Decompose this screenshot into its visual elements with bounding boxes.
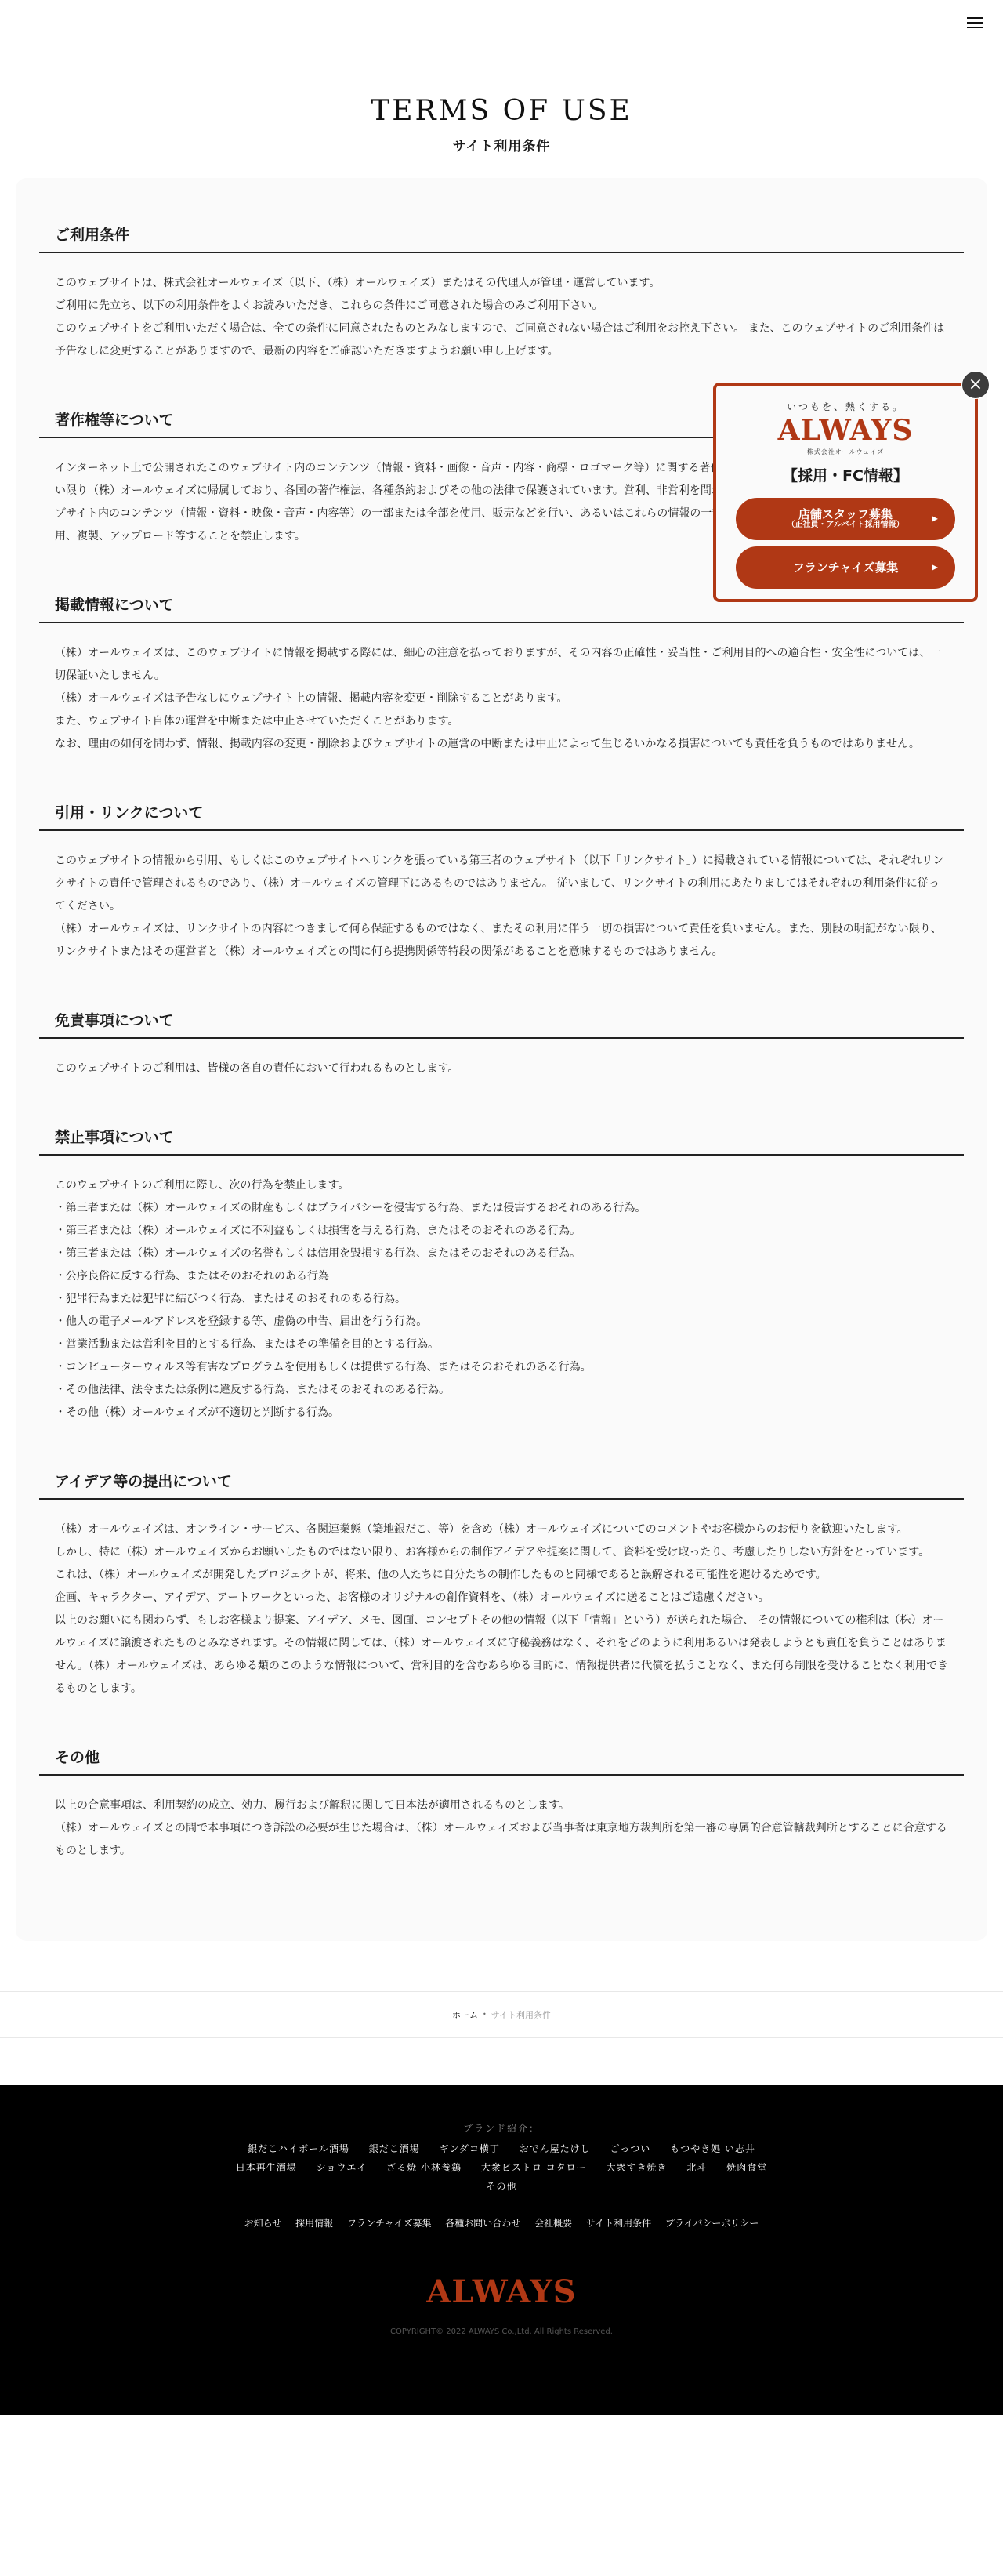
brand-link[interactable]: 焼肉食堂 — [726, 2158, 767, 2177]
franchise-recruit-button[interactable]: フランチャイズ募集 ▶ — [736, 546, 955, 589]
brand-link[interactable]: ギンダコ横丁 — [440, 2139, 500, 2158]
section-title: その他 — [39, 1724, 964, 1776]
section-title: 禁止事項について — [39, 1104, 964, 1156]
recruit-popup: × いつもを、熱くする。 ALWAYS 株式会社オールウェイズ 【採用・FC情報… — [713, 383, 978, 602]
section-idea-submission: アイデア等の提出について （株）オールウェイズは、オンライン・サービス、各関連業… — [39, 1448, 964, 1700]
hamburger-line — [967, 22, 983, 24]
section-body: （株）オールウェイズは、このウェブサイトに情報を掲載する際には、細心の注意を払っ… — [55, 642, 948, 756]
hamburger-line — [967, 17, 983, 19]
brand-link[interactable]: 日本再生酒場 — [236, 2158, 297, 2177]
footer-link-company[interactable]: 会社概要 — [534, 2218, 572, 2229]
section-body: （株）オールウェイズは、オンライン・サービス、各関連業態（築地銀だこ、等）を含め… — [55, 1518, 948, 1700]
footer-link-terms[interactable]: サイト利用条件 — [586, 2218, 651, 2229]
popup-tagline: いつもを、熱くする。 — [716, 400, 975, 413]
section-terms-of-use: ご利用条件 このウェブサイトは、株式会社オールウェイズ（以下、（株）オールウェイ… — [39, 201, 964, 363]
footer-link-news[interactable]: お知らせ — [244, 2218, 282, 2229]
section-prohibited: 禁止事項について このウェブサイトのご利用に際し、次の行為を禁止します。 ・第三… — [39, 1104, 964, 1424]
section-body: 以上の合意事項は、利用契約の成立、効力、履行および解釈に関して日本法が適用される… — [55, 1794, 948, 1863]
breadcrumb-current: サイト利用条件 — [491, 2008, 551, 2021]
brand-link[interactable]: 銀だこハイボール酒場 — [248, 2139, 349, 2158]
section-title: 免責事項について — [39, 987, 964, 1039]
section-body: このウェブサイトの情報から引用、もしくはこのウェブサイトへリンクを張っている第三… — [55, 850, 948, 963]
brand-link[interactable]: その他 — [486, 2177, 516, 2196]
popup-company-name: 株式会社オールウェイズ — [716, 448, 975, 456]
brand-link[interactable]: 大衆すき焼き — [607, 2158, 668, 2177]
brand-link[interactable]: ざる焼 小林養鶏 — [386, 2158, 462, 2177]
footer-nav: お知らせ 採用情報 フランチャイズ募集 各種お問い合わせ 会社概要 サイト利用条… — [0, 2216, 1003, 2230]
button-label: 店舗スタッフ募集 — [798, 508, 893, 521]
always-logo: ALWAYS — [716, 416, 975, 444]
button-sublabel: （正社員・アルバイト採用情報） — [788, 521, 904, 530]
hamburger-menu-icon[interactable] — [967, 17, 983, 30]
section-title: 引用・リンクについて — [39, 779, 964, 831]
section-body: このウェブサイトのご利用は、皆様の各自の責任において行われるものとします。 — [55, 1058, 948, 1080]
breadcrumb: ホーム • サイト利用条件 — [0, 1991, 1003, 2038]
page-title: TERMS OF USE — [0, 96, 1003, 127]
copyright: COPYRIGHT© 2022 ALWAYS Co.,Ltd. All Righ… — [0, 2327, 1003, 2336]
button-label: フランチャイズ募集 — [793, 561, 898, 575]
footer-link-franchise[interactable]: フランチャイズ募集 — [347, 2218, 432, 2229]
close-icon[interactable]: × — [961, 371, 990, 399]
arrow-right-icon: ▶ — [932, 515, 938, 524]
brand-label: ブランド紹介： — [0, 2121, 1003, 2135]
page-header: TERMS OF USE サイト利用条件 — [0, 0, 1003, 154]
section-other: その他 以上の合意事項は、利用契約の成立、効力、履行および解釈に関して日本法が適… — [39, 1724, 964, 1863]
brand-list: 銀だこハイボール酒場 銀だこ酒場 ギンダコ横丁 おでん屋たけし ごっつい もつや… — [219, 2139, 784, 2196]
footer-logo[interactable]: ALWAYS — [0, 2273, 1003, 2310]
footer-link-privacy[interactable]: プライバシーポリシー — [665, 2218, 759, 2229]
section-title: ご利用条件 — [39, 201, 964, 253]
brand-link[interactable]: ショウエイ — [317, 2158, 368, 2177]
brand-link[interactable]: 大衆ビストロ コタロー — [481, 2158, 587, 2177]
footer-link-recruit[interactable]: 採用情報 — [295, 2218, 333, 2229]
breadcrumb-separator: • — [483, 2011, 487, 2018]
brand-link[interactable]: 銀だこ酒場 — [369, 2139, 420, 2158]
hamburger-line — [967, 27, 983, 28]
breadcrumb-home-link[interactable]: ホーム — [452, 2008, 478, 2021]
popup-heading: 【採用・FC情報】 — [716, 464, 975, 485]
footer-link-contact[interactable]: 各種お問い合わせ — [445, 2218, 520, 2229]
brand-link[interactable]: もつやき処 い志井 — [670, 2139, 755, 2158]
site-footer: ブランド紹介： 銀だこハイボール酒場 銀だこ酒場 ギンダコ横丁 おでん屋たけし … — [0, 2085, 1003, 2415]
page-subtitle: サイト利用条件 — [0, 135, 1003, 154]
brand-link[interactable]: おでん屋たけし — [520, 2139, 591, 2158]
brand-link[interactable]: ごっつい — [610, 2139, 650, 2158]
section-disclaimer: 免責事項について このウェブサイトのご利用は、皆様の各自の責任において行われるも… — [39, 987, 964, 1080]
brand-link[interactable]: 北斗 — [686, 2158, 707, 2177]
section-body: このウェブサイトのご利用に際し、次の行為を禁止します。 ・第三者または（株）オー… — [55, 1174, 948, 1424]
section-title: アイデア等の提出について — [39, 1448, 964, 1500]
arrow-right-icon: ▶ — [932, 564, 938, 572]
section-body: このウェブサイトは、株式会社オールウェイズ（以下、（株）オールウェイズ）またはそ… — [55, 272, 948, 363]
section-citation-links: 引用・リンクについて このウェブサイトの情報から引用、もしくはこのウェブサイトへ… — [39, 779, 964, 963]
staff-recruit-button[interactable]: 店舗スタッフ募集 （正社員・アルバイト採用情報） ▶ — [736, 498, 955, 540]
